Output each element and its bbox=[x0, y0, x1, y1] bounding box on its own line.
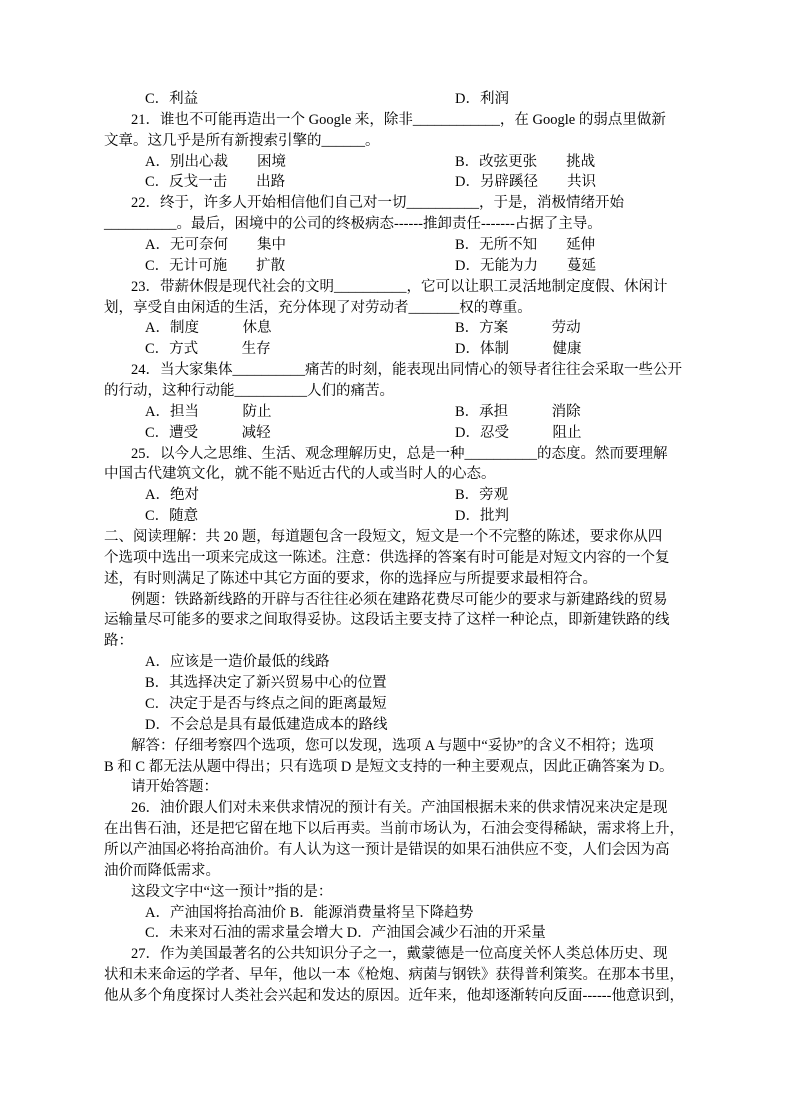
text-line: 在出售石油，还是把它留在地下以后再卖。当前市场认为，石油会变得稀缺，需求将上升， bbox=[104, 819, 700, 840]
option-left: C．随意 bbox=[145, 508, 198, 524]
option-line: C．决定于是否与终点之间的距离最短 bbox=[104, 694, 700, 715]
text-line: 的行动，这种行动能__________人们的痛苦。 bbox=[104, 381, 700, 402]
text-line: 中国古代建筑文化，就不能不贴近古代的人或当时人的心态。 bbox=[104, 464, 700, 485]
option-line: D．不会总是具有最低建造成本的路线 bbox=[104, 715, 700, 736]
text-line: 22．终于，许多人开始相信他们自己对一切__________，于是，消极情绪开始 bbox=[104, 193, 700, 214]
text-line: 二、阅读理解：共 20 题，每道题包含一段短文，短文是一个不完整的陈述，要求你从… bbox=[104, 527, 700, 548]
text-line: __________。最后，困境中的公司的终极病态------推卸责任-----… bbox=[104, 214, 700, 235]
option-line: B．其选择决定了新兴贸易中心的位置 bbox=[104, 673, 700, 694]
document-content: C．利益D．利润21．谁也不可能再造出一个 Google 来，除非_______… bbox=[104, 89, 700, 1007]
text-line: 运输量尽可能多的要求之间取得妥协。这段话主要支持了这样一种论点，即新建铁路的线 bbox=[104, 610, 700, 631]
option-left: C．方式 生存 bbox=[145, 341, 271, 357]
option-row: A．别出心裁 困境B．改弦更张 挑战 bbox=[104, 152, 700, 173]
text-line: 文章。这几乎是所有新搜索引擎的______。 bbox=[104, 131, 700, 152]
option-right: D．忍受 阻止 bbox=[455, 423, 581, 444]
text-line: 解答：仔细考察四个选项，您可以发现，选项 A 与题中“妥协”的含义不相符；选项 bbox=[104, 736, 700, 757]
exam-page: C．利益D．利润21．谁也不可能再造出一个 Google 来，除非_______… bbox=[0, 0, 790, 1119]
option-line: C．未来对石油的需求量会增大 D．产油国会减少石油的开采量 bbox=[104, 923, 700, 944]
option-row: A．无可奈何 集中B．无所不知 延伸 bbox=[104, 235, 700, 256]
option-left: C．利益 bbox=[145, 91, 198, 107]
option-left: A．制度 休息 bbox=[145, 320, 271, 336]
text-line: 26．油价跟人们对未来供求情况的预计有关。产油国根据未来的供求情况来决定是现 bbox=[104, 798, 700, 819]
text-line: 述，有时则满足了陈述中其它方面的要求，你的选择应与所提要求最相符合。 bbox=[104, 569, 700, 590]
option-left: A．担当 防止 bbox=[145, 404, 271, 420]
option-row: A．担当 防止B．承担 消除 bbox=[104, 402, 700, 423]
text-line: 划，享受自由闲适的生活，充分体现了对劳动者_______权的尊重。 bbox=[104, 298, 700, 319]
option-left: A．无可奈何 集中 bbox=[145, 237, 286, 253]
option-row: C．利益D．利润 bbox=[104, 89, 700, 110]
text-line: 25．以今人之思维、生活、观念理解历史，总是一种__________的态度。然而… bbox=[104, 444, 700, 465]
option-row: C．无计可施 扩散D．无能为力 蔓延 bbox=[104, 256, 700, 277]
text-line: 例题：铁路新线路的开辟与否往往必须在建路花费尽可能少的要求与新建路线的贸易 bbox=[104, 590, 700, 611]
option-row: C．遭受 减轻D．忍受 阻止 bbox=[104, 423, 700, 444]
option-right: B．承担 消除 bbox=[455, 402, 581, 423]
text-line: 状和未来命运的学者、早年，他以一本《枪炮、病菌与钢铁》获得普利策奖。在那本书里， bbox=[104, 965, 700, 986]
option-right: D．批判 bbox=[455, 506, 509, 527]
text-line: 个选项中选出一项来完成这一陈述。注意：供选择的答案有时可能是对短文内容的一个复 bbox=[104, 548, 700, 569]
option-left: C．无计可施 扩散 bbox=[145, 258, 285, 274]
text-line: B 和 C 都无法从题中得出；只有选项 D 是短文支持的一种主要观点，因此正确答… bbox=[104, 757, 700, 778]
option-row: A．制度 休息B．方案 劳动 bbox=[104, 318, 700, 339]
text-line: 他从多个角度探讨人类社会兴起和发达的原因。近年来，他却逐渐转向反面------他… bbox=[104, 986, 700, 1007]
text-line: 23．带薪休假是现代社会的文明__________，它可以让职工灵活地制定度假、… bbox=[104, 277, 700, 298]
option-right: D．利润 bbox=[455, 89, 509, 110]
option-line: A．产油国将抬高油价 B．能源消费量将呈下降趋势 bbox=[104, 903, 700, 924]
option-left: A．绝对 bbox=[145, 487, 199, 503]
option-right: D．另辟蹊径 共识 bbox=[455, 172, 596, 193]
text-line: 路： bbox=[104, 631, 700, 652]
option-right: B．无所不知 延伸 bbox=[455, 235, 595, 256]
text-line: 21．谁也不可能再造出一个 Google 来，除非____________，在 … bbox=[104, 110, 700, 131]
text-line: 所以产油国必将抬高油价。有人认为这一预计是错误的如果石油供应不变，人们会因为高 bbox=[104, 840, 700, 861]
text-line: 请开始答题： bbox=[104, 777, 700, 798]
option-line: A．应该是一造价最低的线路 bbox=[104, 652, 700, 673]
option-right: B．改弦更张 挑战 bbox=[455, 152, 595, 173]
option-row: A．绝对B．旁观 bbox=[104, 485, 700, 506]
text-line: 27．作为美国最著名的公共知识分子之一，戴蒙德是一位高度关怀人类总体历史、现 bbox=[104, 944, 700, 965]
option-right: B．方案 劳动 bbox=[455, 318, 581, 339]
option-left: C．遭受 减轻 bbox=[145, 425, 271, 441]
option-right: D．无能为力 蔓延 bbox=[455, 256, 596, 277]
text-line: 24．当大家集体__________痛苦的时刻，能表现出同情心的领导者往往会采取… bbox=[104, 360, 700, 381]
text-line: 这段文字中“这一预计”指的是： bbox=[104, 882, 700, 903]
option-right: B．旁观 bbox=[455, 485, 508, 506]
option-right: D．体制 健康 bbox=[455, 339, 581, 360]
option-left: C．反戈一击 出路 bbox=[145, 174, 285, 190]
option-row: C．方式 生存D．体制 健康 bbox=[104, 339, 700, 360]
option-row: C．反戈一击 出路D．另辟蹊径 共识 bbox=[104, 172, 700, 193]
option-left: A．别出心裁 困境 bbox=[145, 154, 286, 170]
option-row: C．随意D．批判 bbox=[104, 506, 700, 527]
text-line: 油价而降低需求。 bbox=[104, 861, 700, 882]
